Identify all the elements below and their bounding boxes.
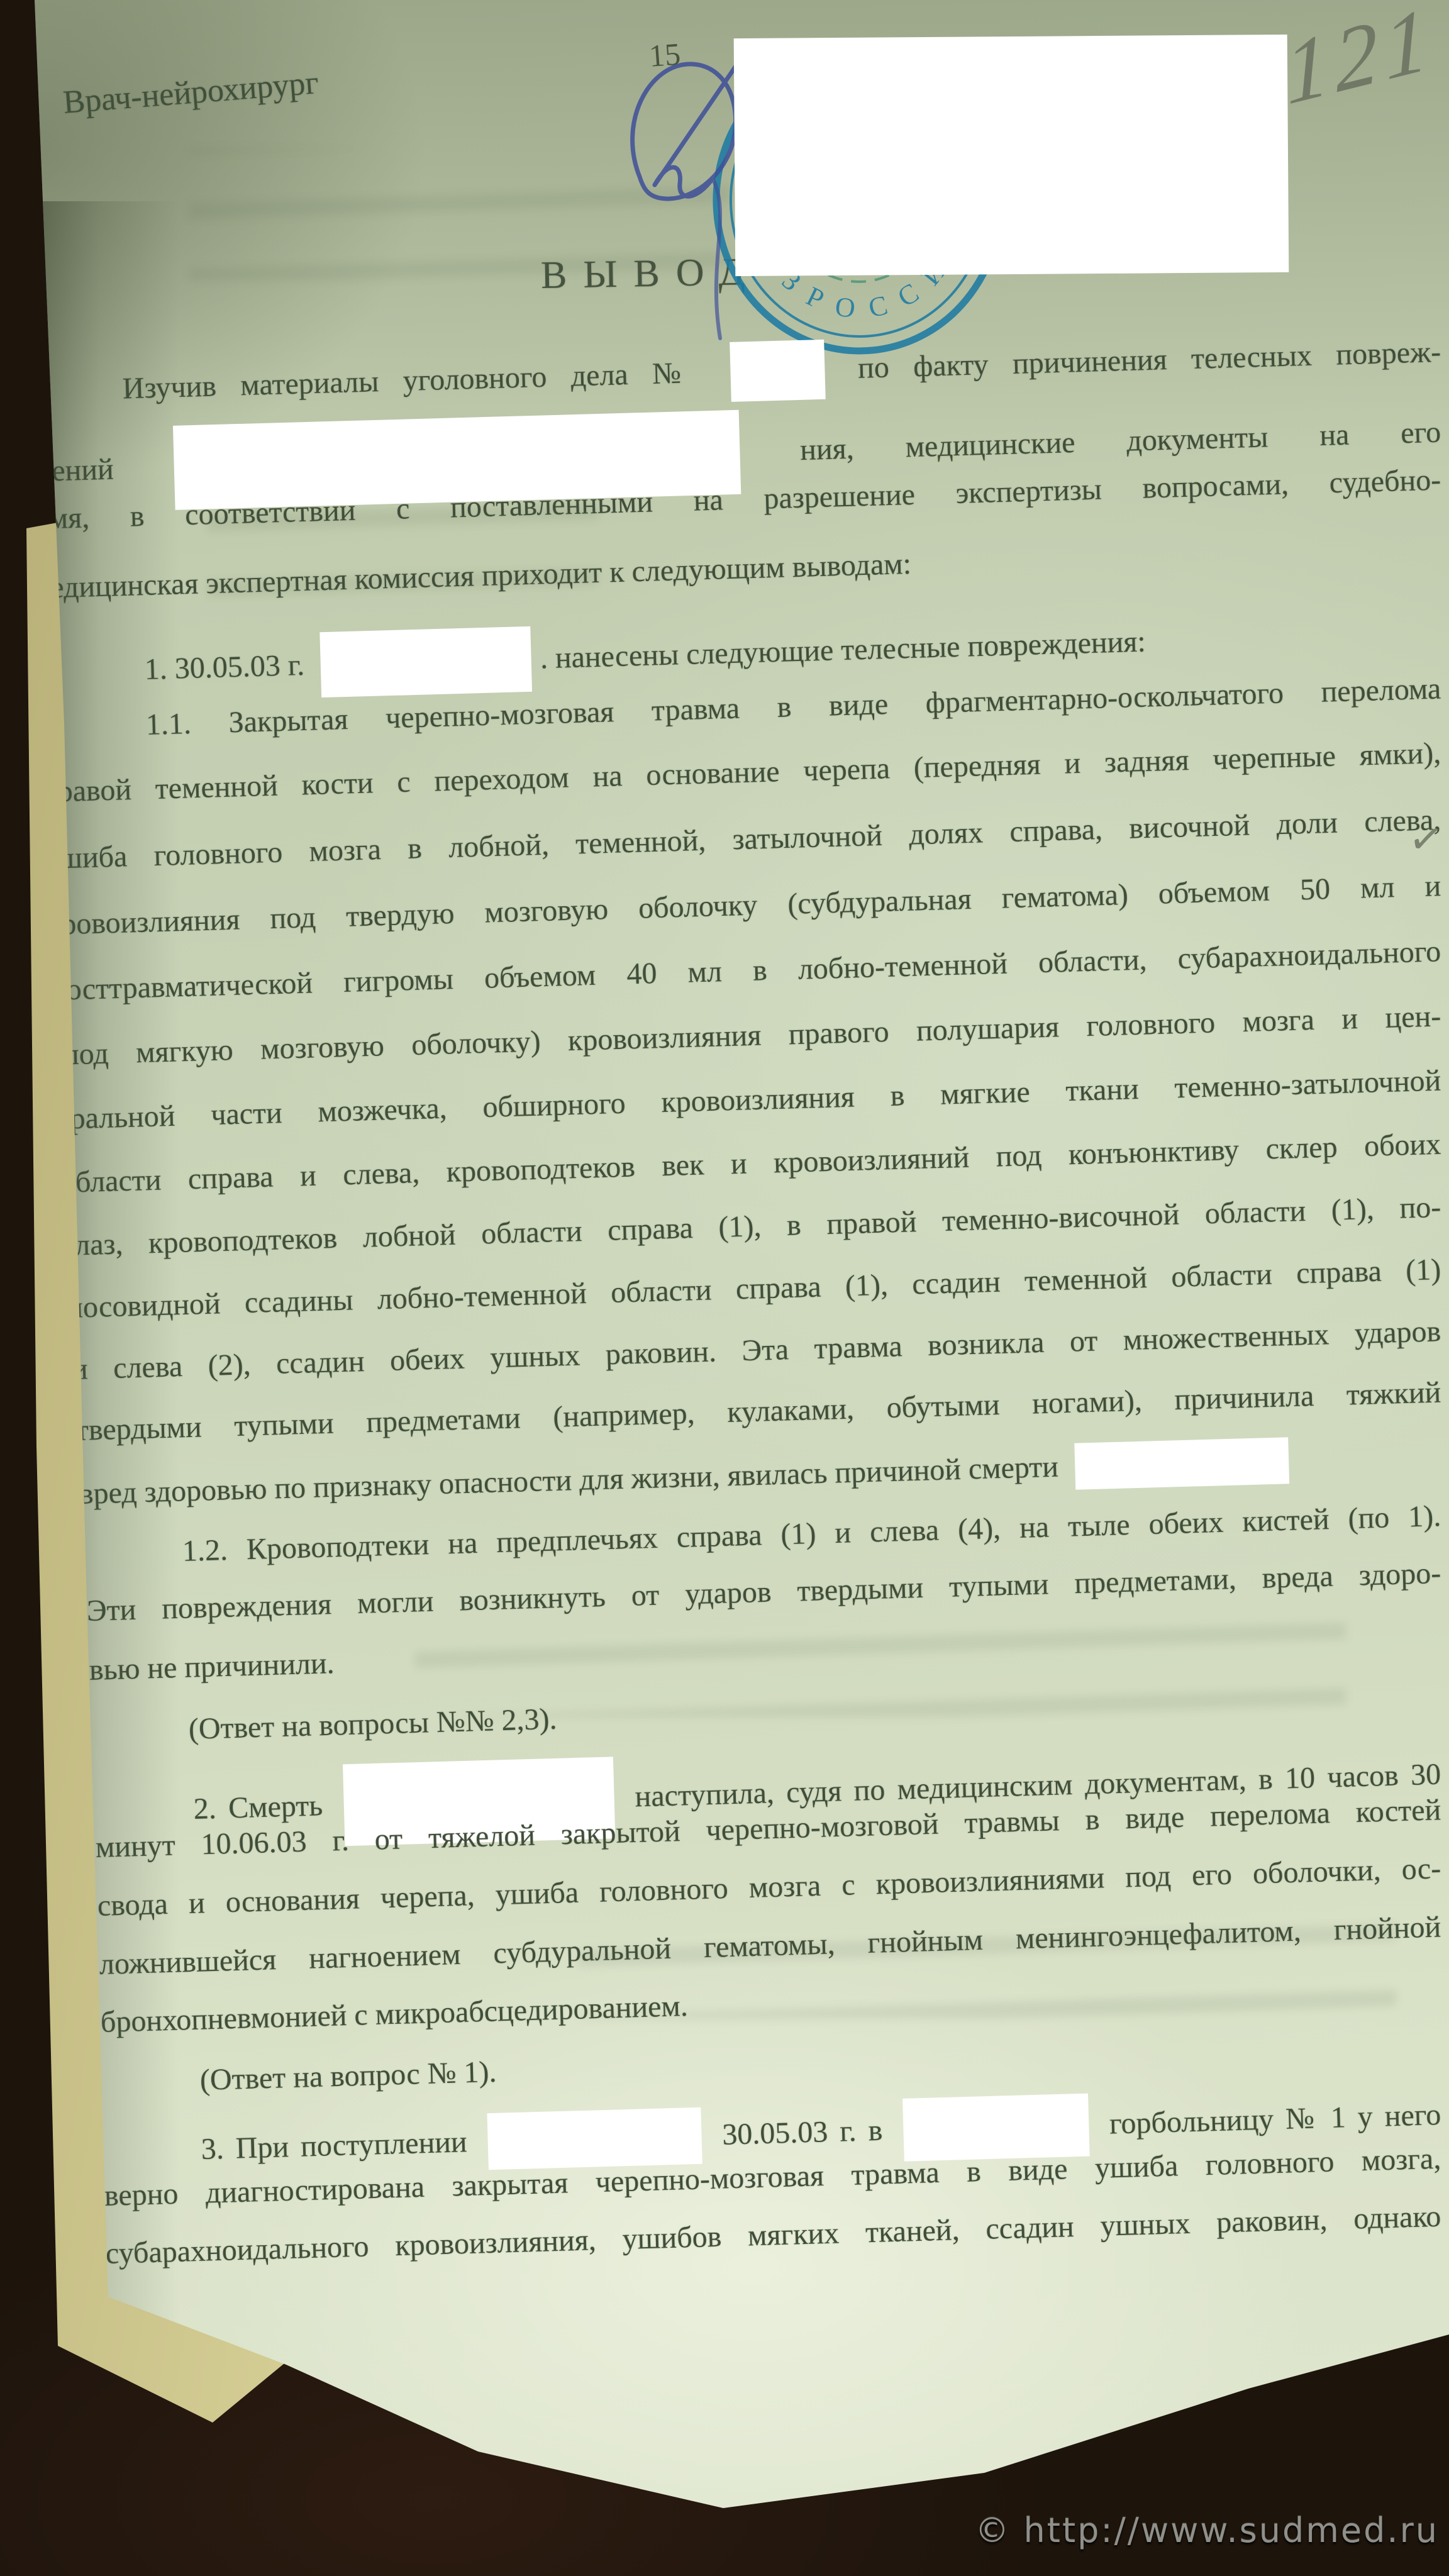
document-line: ложнившейся нагноением субдуральной гема… — [99, 1909, 1441, 1982]
document-line: вью не причинили. — [89, 1646, 335, 1688]
document-line: посттравматической гигромы объемом 40 мл… — [50, 934, 1441, 1008]
document-line: (Ответ на вопросы №№ 2,3). — [188, 1702, 557, 1748]
document-line: области справа и слева, кровоподтеков ве… — [60, 1127, 1441, 1201]
document-line: (Ответ на вопрос № 1). — [199, 2055, 497, 2099]
ghost-text — [415, 1610, 1346, 1717]
document-line: твердыми тупыми предметами (например, ку… — [75, 1375, 1441, 1448]
document-line: кровоизлияния под твердую мозговую оболо… — [46, 869, 1441, 943]
document-line: бронхопневмонией с микроабсцедированием. — [100, 1989, 688, 2041]
document-line: ушиба головного мозга в лобной, теменной… — [43, 802, 1441, 877]
site-watermark: © http://www.sudmed.ru — [975, 2511, 1439, 2550]
document-line: и слева (2), ссадин обеих ушных раковин.… — [71, 1314, 1441, 1387]
document-line: свода и основания черепа, ушиба головног… — [97, 1851, 1441, 1924]
pencil-checkmark: ✓ — [1406, 813, 1446, 866]
redaction-box — [1074, 1437, 1289, 1489]
document-line: (под мягкую мозговую оболочку) кровоизли… — [52, 999, 1441, 1073]
photo-scene: { "page": { "role_label": "Врач-нейрохир… — [0, 0, 1449, 2576]
redaction-box — [320, 626, 533, 697]
document-line: тральной части мозжечка, обширного крово… — [56, 1063, 1441, 1138]
redaction-box — [730, 340, 826, 402]
redaction-box — [487, 2107, 702, 2170]
page-number: 15 — [648, 35, 682, 74]
pencil-note: 121 — [1282, 0, 1437, 126]
document-page: Врач-нейрохирург 15 ВЫВОД М З Р О С С И … — [0, 0, 1449, 2576]
document-line: Эти повреждения могли возникнуть от удар… — [86, 1556, 1441, 1629]
redaction-box — [734, 35, 1289, 276]
document-line: медицинская экспертная комиссия приходит… — [31, 547, 911, 607]
document-line: субарахноидального кровоизлияния, ушибов… — [105, 2199, 1441, 2272]
document-line: лосовидной ссадины лобно-теменной област… — [67, 1252, 1441, 1326]
document-line: глаз, кровоподтеков лобной области справ… — [64, 1190, 1441, 1264]
role-label: Врач-нейрохирург — [62, 64, 319, 121]
document-line: правой теменной кости с переходом на осн… — [41, 736, 1441, 811]
